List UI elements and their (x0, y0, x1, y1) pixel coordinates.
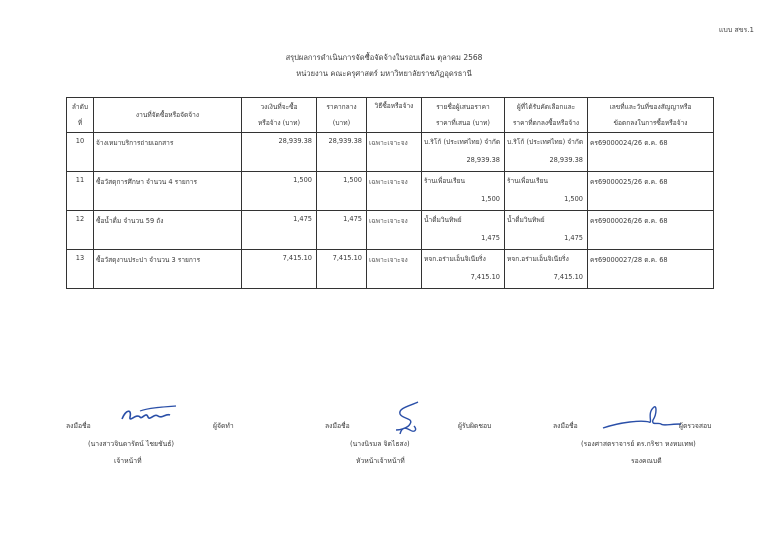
signer-position: หัวหน้าเจ้าหน้าที่ (356, 455, 405, 466)
row-winner: หจก.อร่ามเอ็นจิเนียริ่ง 7,415.10 (505, 250, 588, 289)
header-no: ลำดับที่ (67, 98, 94, 133)
row-winner: บ.ริโก้ (ประเทศไทย) จำกัด 28,939.38 (505, 133, 588, 172)
signature-block-preparer: ลงมือชื่อ ผู้จัดทำ (นางสาวจินดารัตน์ ไชย… (66, 405, 266, 475)
header-method: วิธีซื้อหรือจ้าง (367, 98, 422, 133)
row-budget: 1,500 (242, 172, 317, 211)
row-budget: 1,475 (242, 211, 317, 250)
bidder-price: 1,500 (422, 191, 504, 207)
role-label: ผู้ตรวจสอบ (679, 420, 711, 431)
row-method: เฉพาะเจาะจง (367, 172, 422, 211)
row-median-price: 1,475 (317, 211, 367, 250)
bidder-price: 28,939.38 (422, 152, 504, 168)
header-winner: ผู้ที่ได้รับคัดเลือกและราคาที่ตกลงซื้อหร… (505, 98, 588, 133)
row-contract: คร69000026/26 ต.ค. 68 (588, 211, 714, 250)
row-median-price: 1,500 (317, 172, 367, 211)
row-method: เฉพาะเจาะจง (367, 211, 422, 250)
handwritten-signature-icon (388, 400, 424, 436)
row-item: จ้างเหมาบริการถ่ายเอกสาร (94, 133, 242, 172)
row-method: เฉพาะเจาะจง (367, 133, 422, 172)
row-item: ซื้อวัสดุงานประปา จำนวน 3 รายการ (94, 250, 242, 289)
row-contract: คร69000025/26 ต.ค. 68 (588, 172, 714, 211)
winner-name: บ.ริโก้ (ประเทศไทย) จำกัด (505, 133, 587, 152)
handwritten-signature-icon (118, 405, 178, 427)
table-row: 12 ซื้อน้ำดื่ม จำนวน 59 ถัง 1,475 1,475 … (67, 211, 714, 250)
winner-price: 1,475 (505, 230, 587, 246)
winner-name: หจก.อร่ามเอ็นจิเนียริ่ง (505, 250, 587, 269)
row-contract: คร69000027/28 ต.ค. 68 (588, 250, 714, 289)
agency-name: หน่วยงาน คณะครุศาสตร์ มหาวิทยาลัยราชภัฏอ… (0, 68, 768, 80)
header-median-price: ราคากลาง(บาท) (317, 98, 367, 133)
signer-name: (รองศาสตราจารย์ ดร.กริชา หงหมเทพ) (581, 438, 696, 449)
row-bidder: หจก.อร่ามเอ็นจิเนียริ่ง 7,415.10 (422, 250, 505, 289)
winner-name: น้ำดื่มวินทิพย์ (505, 211, 587, 230)
role-label: ผู้รับผิดชอบ (458, 420, 491, 431)
row-bidder: บ.ริโก้ (ประเทศไทย) จำกัด 28,939.38 (422, 133, 505, 172)
handwritten-signature-icon (601, 400, 683, 432)
winner-price: 1,500 (505, 191, 587, 207)
row-item: ซื้อวัสดุการศึกษา จำนวน 4 รายการ (94, 172, 242, 211)
row-median-price: 28,939.38 (317, 133, 367, 172)
procurement-summary-table: ลำดับที่ งานที่จัดซื้อหรือจัดจ้าง วงเงิน… (66, 97, 714, 289)
table-header-row: ลำดับที่ งานที่จัดซื้อหรือจัดจ้าง วงเงิน… (67, 98, 714, 133)
header-bidders: รายชื่อผู้เสนอราคาราคาที่เสนอ (บาท) (422, 98, 505, 133)
table-row: 10 จ้างเหมาบริการถ่ายเอกสาร 28,939.38 28… (67, 133, 714, 172)
signature-block-inspector: ลงมือชื่อ ผู้ตรวจสอบ (รองศาสตราจารย์ ดร.… (553, 400, 753, 475)
signer-position: รองคณบดี (631, 455, 662, 466)
row-budget: 7,415.10 (242, 250, 317, 289)
row-median-price: 7,415.10 (317, 250, 367, 289)
header-budget: วงเงินที่จะซื้อหรือจ้าง (บาท) (242, 98, 317, 133)
row-no: 13 (67, 250, 94, 289)
row-method: เฉพาะเจาะจง (367, 250, 422, 289)
header-contract: เลขที่และวันที่ของสัญญาหรือข้อตกลงในการซ… (588, 98, 714, 133)
bidder-name: หจก.อร่ามเอ็นจิเนียริ่ง (422, 250, 504, 269)
bidder-price: 1,475 (422, 230, 504, 246)
bidder-name: ร้านเพื่อนเรียน (422, 172, 504, 191)
row-bidder: น้ำดื่มวินทิพย์ 1,475 (422, 211, 505, 250)
sign-label: ลงมือชื่อ (325, 420, 350, 431)
row-contract: คร69000024/26 ต.ค. 68 (588, 133, 714, 172)
winner-price: 7,415.10 (505, 269, 587, 285)
bidder-name: น้ำดื่มวินทิพย์ (422, 211, 504, 230)
winner-name: ร้านเพื่อนเรียน (505, 172, 587, 191)
form-code: แบบ สขร.1 (719, 25, 754, 36)
signer-name: (นางนิรมล จิตไธสง) (350, 438, 410, 449)
header-item: งานที่จัดซื้อหรือจัดจ้าง (94, 98, 242, 133)
row-no: 12 (67, 211, 94, 250)
sign-label: ลงมือชื่อ (66, 420, 91, 431)
row-bidder: ร้านเพื่อนเรียน 1,500 (422, 172, 505, 211)
row-item: ซื้อน้ำดื่ม จำนวน 59 ถัง (94, 211, 242, 250)
bidder-name: บ.ริโก้ (ประเทศไทย) จำกัด (422, 133, 504, 152)
row-winner: ร้านเพื่อนเรียน 1,500 (505, 172, 588, 211)
report-title: สรุปผลการดำเนินการจัดซื้อจัดจ้างในรอบเดื… (0, 52, 768, 64)
bidder-price: 7,415.10 (422, 269, 504, 285)
role-label: ผู้จัดทำ (213, 420, 234, 431)
row-budget: 28,939.38 (242, 133, 317, 172)
table-row: 13 ซื้อวัสดุงานประปา จำนวน 3 รายการ 7,41… (67, 250, 714, 289)
row-no: 10 (67, 133, 94, 172)
signer-position: เจ้าหน้าที่ (114, 455, 142, 466)
row-no: 11 (67, 172, 94, 211)
row-winner: น้ำดื่มวินทิพย์ 1,475 (505, 211, 588, 250)
signer-name: (นางสาวจินดารัตน์ ไชยชันธ์) (88, 438, 174, 449)
table-row: 11 ซื้อวัสดุการศึกษา จำนวน 4 รายการ 1,50… (67, 172, 714, 211)
sign-label: ลงมือชื่อ (553, 420, 578, 431)
signature-block-responsible: ลงมือชื่อ ผู้รับผิดชอบ (นางนิรมล จิตไธสง… (325, 400, 525, 475)
winner-price: 28,939.38 (505, 152, 587, 168)
